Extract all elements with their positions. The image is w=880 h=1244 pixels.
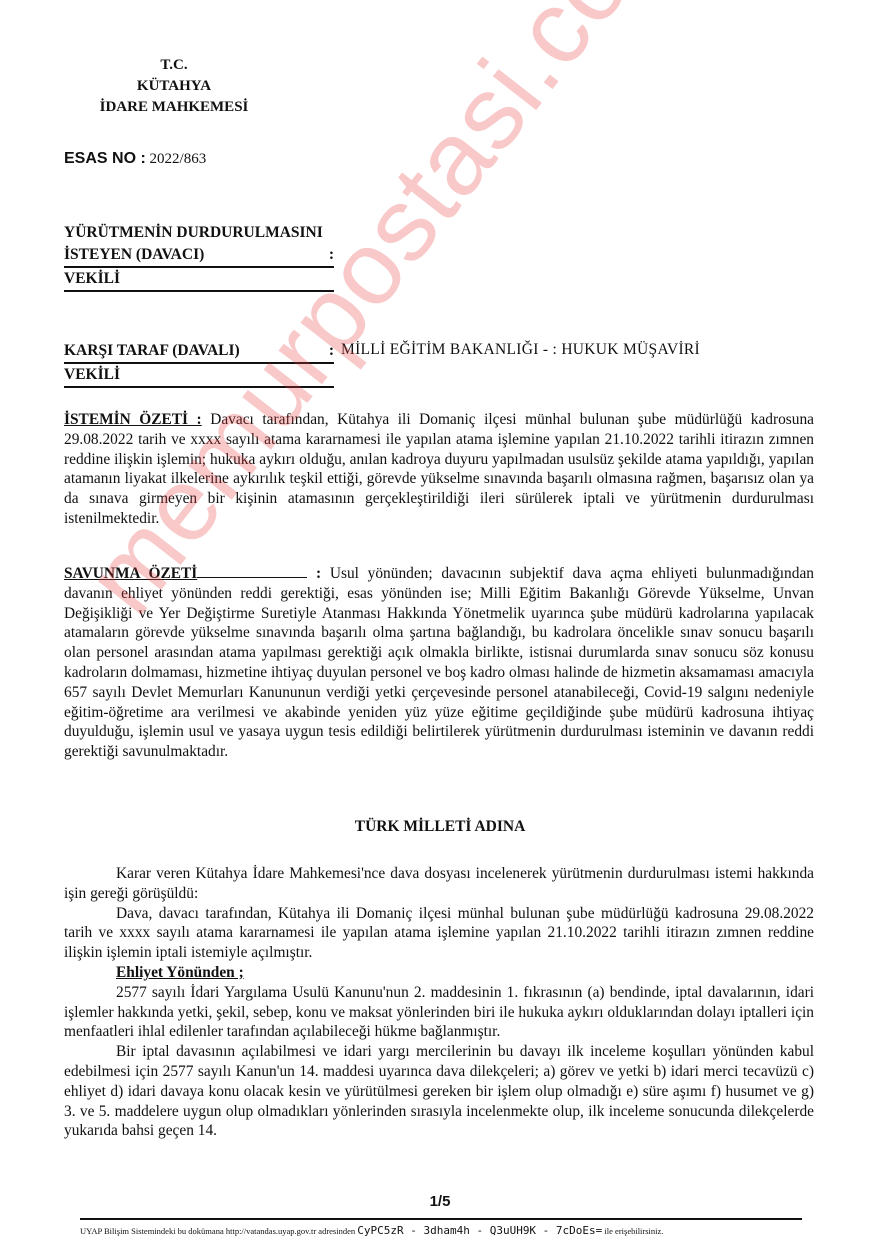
defense-summary-text: Usul yönünden; davacının subjektif dava … bbox=[64, 565, 814, 760]
defendant-attorney-line: VEKİLİ bbox=[64, 364, 334, 388]
decision-paragraph-2: Dava, davacı tarafından, Kütahya ili Dom… bbox=[64, 904, 814, 963]
defendant-attorney-label: VEKİLİ bbox=[64, 364, 120, 386]
defendant-label: KARŞI TARAF (DAVALI) bbox=[64, 340, 240, 362]
defense-summary-colon: : bbox=[316, 565, 321, 582]
plaintiff-attorney-label: VEKİLİ bbox=[64, 268, 120, 290]
claim-summary-heading: İSTEMİN ÖZETİ : bbox=[64, 411, 202, 428]
claim-summary-text: Davacı tarafından, Kütahya ili Domaniç i… bbox=[64, 411, 814, 527]
footer-note: UYAP Bilişim Sistemindeki bu dokümana ht… bbox=[80, 1224, 802, 1237]
decision-title: TÜRK MİLLETİ ADINA bbox=[0, 818, 880, 836]
defense-summary-heading: SAVUNMA ÖZETİ bbox=[64, 565, 197, 582]
header-court: İDARE MAHKEMESİ bbox=[64, 97, 284, 118]
plaintiff-block: YÜRÜTMENİN DURDURULMASINI İSTEYEN (DAVAC… bbox=[64, 222, 364, 292]
case-number-value: 2022/863 bbox=[150, 151, 207, 167]
header-city: KÜTAHYA bbox=[64, 76, 284, 97]
defendant-colon: : bbox=[329, 340, 334, 362]
case-number: ESAS NO : 2022/863 bbox=[64, 150, 206, 168]
court-header: T.C. KÜTAHYA İDARE MAHKEMESİ bbox=[64, 55, 284, 118]
footer-note-suffix: ile erişebilirsiniz. bbox=[604, 1226, 663, 1236]
plaintiff-label: İSTEYEN (DAVACI) bbox=[64, 244, 204, 266]
eligibility-subheading: Ehliyet Yönünden ; bbox=[64, 963, 814, 983]
decision-body: Karar veren Kütahya İdare Mahkemesi'nce … bbox=[64, 864, 814, 1141]
case-number-label: ESAS NO : bbox=[64, 150, 146, 167]
plaintiff-title: YÜRÜTMENİN DURDURULMASINI bbox=[64, 222, 364, 244]
defendant-line: KARŞI TARAF (DAVALI) : bbox=[64, 340, 334, 364]
access-code: CyPC5zR - 3dham4h - Q3uUH9K - 7cDoEs= bbox=[357, 1224, 602, 1237]
footer-divider bbox=[80, 1218, 802, 1220]
footer-note-prefix: UYAP Bilişim Sistemindeki bu dokümana ht… bbox=[80, 1226, 355, 1236]
header-tc: T.C. bbox=[64, 55, 284, 76]
decision-paragraph-3: 2577 sayılı İdari Yargılama Usulü Kanunu… bbox=[64, 983, 814, 1042]
plaintiff-colon: : bbox=[329, 244, 334, 266]
defense-heading-underline bbox=[197, 576, 307, 578]
defendant-block: KARŞI TARAF (DAVALI) : VEKİLİ bbox=[64, 340, 334, 388]
plaintiff-line: İSTEYEN (DAVACI) : bbox=[64, 244, 334, 268]
document-page: T.C. KÜTAHYA İDARE MAHKEMESİ ESAS NO : 2… bbox=[0, 0, 880, 1244]
plaintiff-attorney-line: VEKİLİ bbox=[64, 268, 334, 292]
claim-summary: İSTEMİN ÖZETİ : Davacı tarafından, Kütah… bbox=[64, 410, 814, 529]
decision-paragraph-1: Karar veren Kütahya İdare Mahkemesi'nce … bbox=[64, 864, 814, 904]
decision-paragraph-4: Bir iptal davasının açılabilmesi ve idar… bbox=[64, 1042, 814, 1141]
defense-summary: SAVUNMA ÖZETİ : Usul yönünden; davacının… bbox=[64, 564, 814, 762]
page-number: 1/5 bbox=[0, 1193, 880, 1210]
defendant-value: MİLLİ EĞİTİM BAKANLIĞI - : HUKUK MÜŞAVİR… bbox=[341, 341, 700, 359]
